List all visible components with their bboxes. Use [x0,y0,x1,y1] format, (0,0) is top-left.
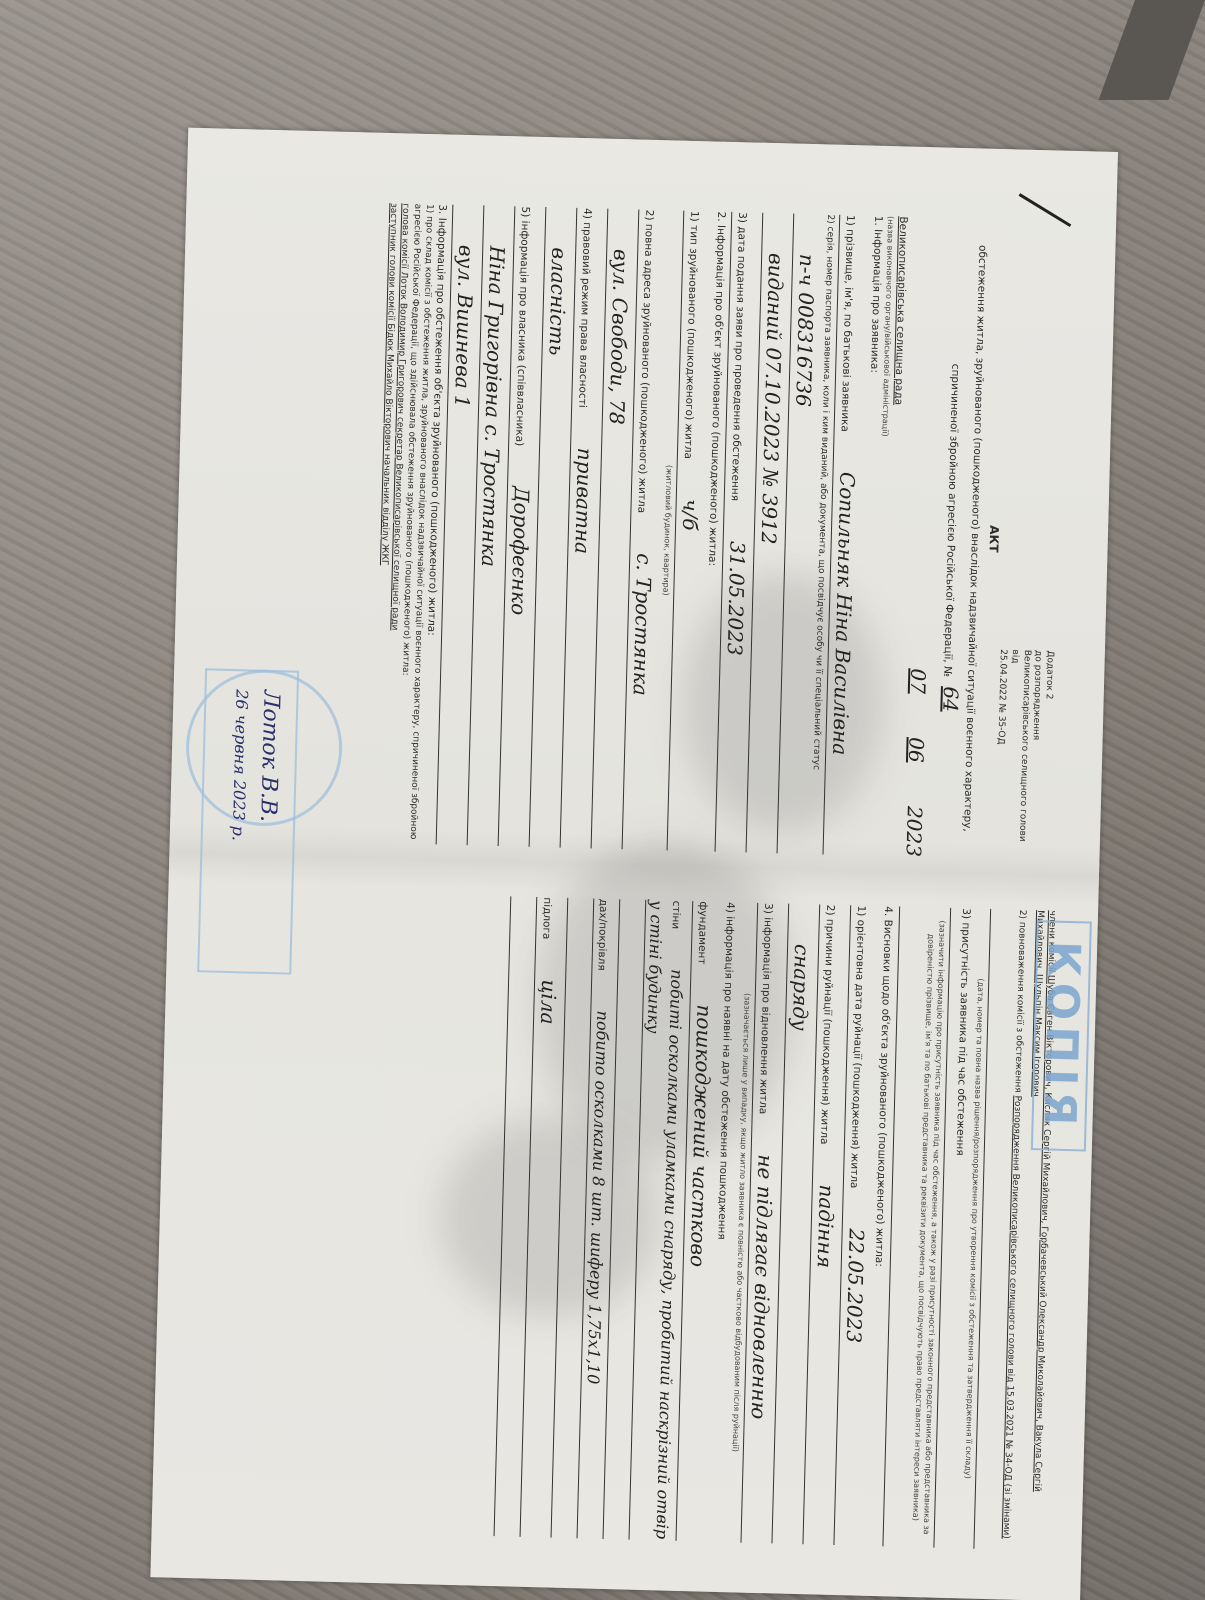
act-document: Додаток 2 до розпорядження Великописарів… [150,128,1118,1600]
annex-header: Додаток 2 до розпорядження Великописарів… [991,649,1055,850]
act-number: 64 [938,680,963,712]
table-edge [1099,0,1205,100]
right-column: члени комісії Шуба Євген Вікторович, Кис… [490,896,1058,1550]
left-column: Додаток 2 до розпорядження Великописарів… [370,203,1076,861]
certifier-signature: Лоток В.В. [255,690,283,823]
certified-date: 26 червня 2023 р. [229,689,252,841]
copy-stamp: КОПІЯ [1031,920,1092,1152]
